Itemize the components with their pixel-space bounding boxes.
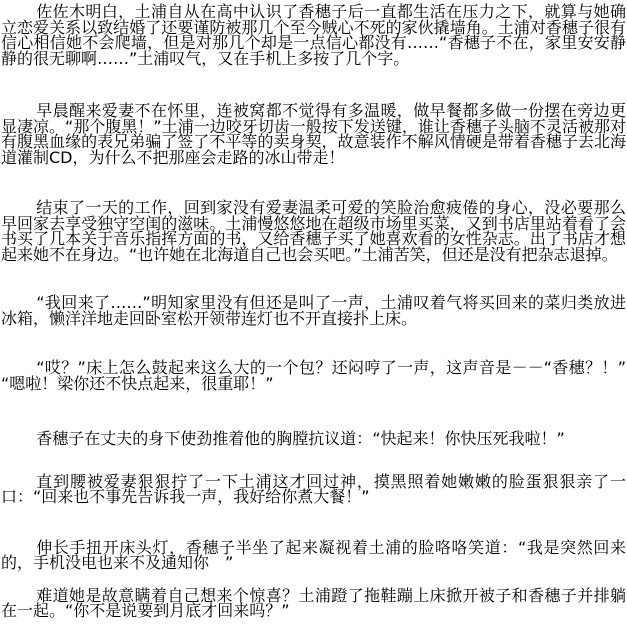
novel-paragraph: “我回来了……”明知家里没有但还是叫了一声，土浦叹着气将买回来的菜归类放进冰箱，… bbox=[1, 295, 626, 326]
novel-paragraph: 伸长手扭开床头灯，香穗子半坐了起来凝视着土浦的脸咯咯笑道：“我是突然回来的，手机… bbox=[1, 540, 626, 571]
novel-paragraph: “哎？”床上怎么鼓起来这么大的一个包？还闷哼了一声，这声音是－－“香穗？！”“嗯… bbox=[1, 360, 626, 391]
novel-paragraph: 难道她是故意瞒着自己想来个惊喜？土浦蹬了拖鞋蹦上床掀开被子和香穗子并排躺在一起。… bbox=[1, 588, 626, 619]
novel-paragraph: 直到腰被爱妻狠狠拧了一下土浦这才回过神，摸黑照着她嫩嫩的脸蛋狠狠亲了一口：“回来… bbox=[1, 474, 626, 505]
novel-text-page: 佐佐木明白，土浦自从在高中认识了香穗子后一直都生活在压力之下，就算与她确立恋爱关… bbox=[0, 0, 627, 632]
novel-paragraph: 结束了一天的工作，回到家没有爱妻温柔可爱的笑脸治愈疲倦的身心，没必要那么早回家去… bbox=[1, 200, 626, 262]
novel-paragraph: 佐佐木明白，土浦自从在高中认识了香穗子后一直都生活在压力之下，就算与她确立恋爱关… bbox=[1, 4, 626, 66]
novel-paragraph: 香穗子在丈夫的身下使劲推着他的胸膛抗议道：“快起来！你快压死我啦！” bbox=[1, 431, 626, 447]
novel-paragraph: 早晨醒来爱妻不在怀里，连被窝都不觉得有多温暖，做早餐都多做一份摆在旁边更显凄凉。… bbox=[1, 103, 626, 165]
